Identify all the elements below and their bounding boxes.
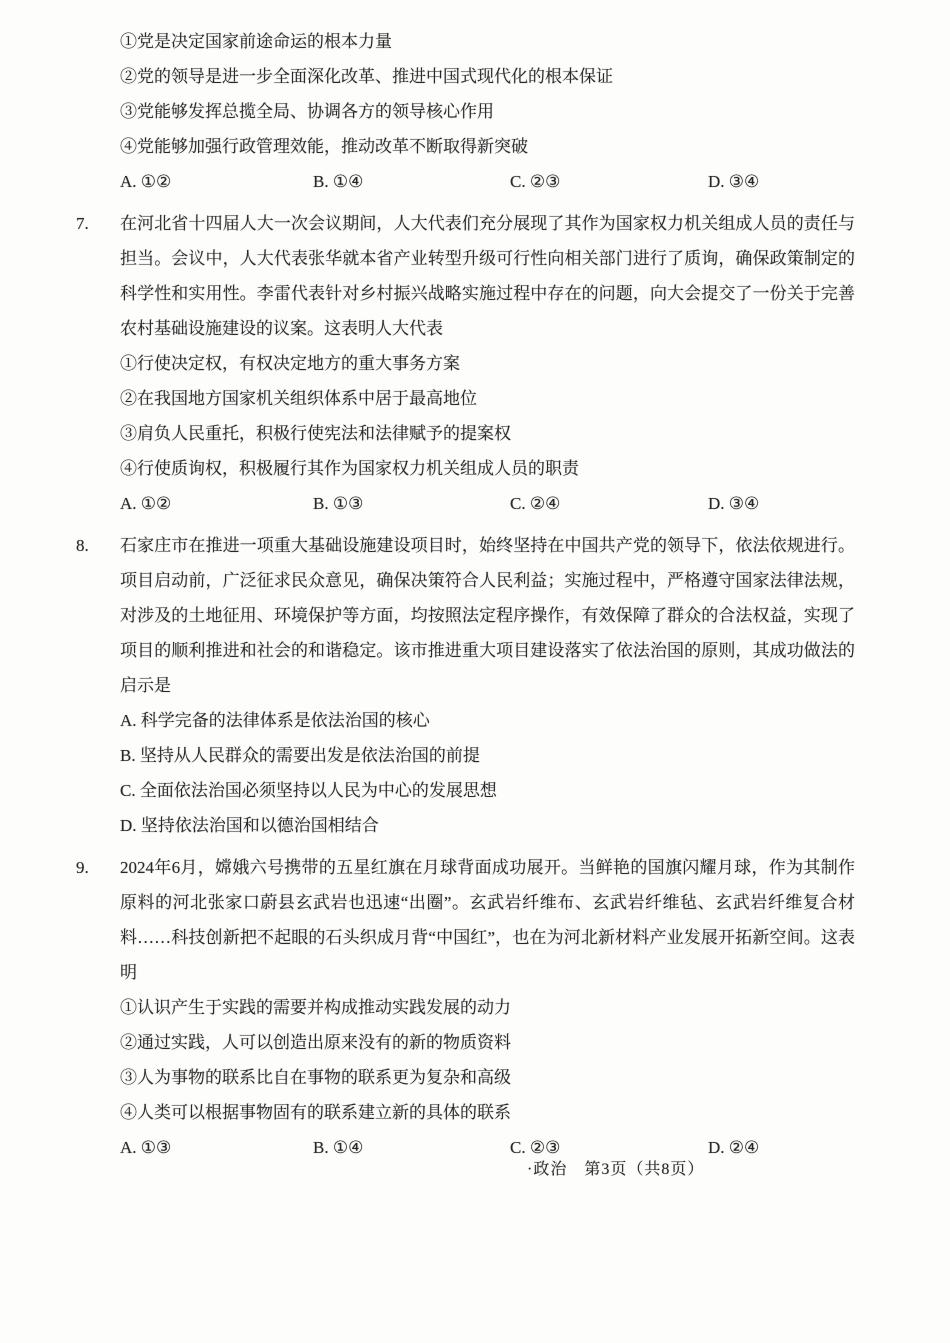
question-number: 7. <box>76 206 89 241</box>
choice-d: D. ③④ <box>708 164 855 199</box>
numbered-statement-1: ①行使决定权，有权决定地方的重大事务方案 <box>120 346 855 381</box>
choice-d: D. ③④ <box>708 486 855 521</box>
numbered-statement-3: ③肩负人民重托，积极行使宪法和法律赋予的提案权 <box>120 416 855 451</box>
question-8: 8. 石家庄市在推进一项重大基础设施建设项目时，始终坚持在中国共产党的领导下，依… <box>76 528 855 843</box>
numbered-statement-3: ③党能够发挥总揽全局、协调各方的领导核心作用 <box>120 94 855 129</box>
lettered-option-d: D. 坚持依法治国和以德治国相结合 <box>120 808 855 843</box>
question-number: 9. <box>76 850 89 885</box>
numbered-statement-3: ③人为事物的联系比自在事物的联系更为复杂和高级 <box>120 1060 855 1095</box>
lettered-option-a: A. 科学完备的法律体系是依法治国的核心 <box>120 703 855 738</box>
choice-a: A. ①③ <box>120 1130 313 1165</box>
answer-choice-row: A. ①② B. ①③ C. ②④ D. ③④ <box>120 486 855 521</box>
choice-b: B. ①④ <box>313 164 510 199</box>
choice-a: A. ①② <box>120 164 313 199</box>
choice-d: D. ②④ <box>708 1130 855 1165</box>
choice-c: C. ②④ <box>510 486 708 521</box>
choice-a: A. ①② <box>120 486 313 521</box>
choice-c: C. ②③ <box>510 164 708 199</box>
numbered-statement-1: ①认识产生于实践的需要并构成推动实践发展的动力 <box>120 990 855 1025</box>
question-7: 7. 在河北省十四届人大一次会议期间，人大代表们充分展现了其作为国家权力机关组成… <box>76 206 855 521</box>
lettered-option-b: B. 坚持从人民群众的需要出发是依法治国的前提 <box>120 738 855 773</box>
numbered-statement-4: ④党能够加强行政管理效能，推动改革不断取得新突破 <box>120 129 855 164</box>
numbered-statement-1: ①党是决定国家前途命运的根本力量 <box>120 24 855 59</box>
question-stem: 2024年6月，嫦娥六号携带的五星红旗在月球背面成功展开。当鲜艳的国旗闪耀月球，… <box>120 850 855 990</box>
question-number: 8. <box>76 528 89 563</box>
choice-b: B. ①③ <box>313 486 510 521</box>
question-stem: 石家庄市在推进一项重大基础设施建设项目时，始终坚持在中国共产党的领导下，依法依规… <box>120 528 855 703</box>
answer-choice-row: A. ①③ B. ①④ C. ②③ D. ②④ <box>120 1130 855 1165</box>
numbered-statement-4: ④人类可以根据事物固有的联系建立新的具体的联系 <box>120 1095 855 1130</box>
answer-choice-row: A. ①② B. ①④ C. ②③ D. ③④ <box>120 164 855 199</box>
numbered-statement-4: ④行使质询权，积极履行其作为国家权力机关组成人员的职责 <box>120 451 855 486</box>
choice-b: B. ①④ <box>313 1130 510 1165</box>
lettered-option-c: C. 全面依法治国必须坚持以人民为中心的发展思想 <box>120 773 855 808</box>
numbered-statement-2: ②在我国地方国家机关组织体系中居于最高地位 <box>120 381 855 416</box>
question-6-continuation: ①党是决定国家前途命运的根本力量 ②党的领导是进一步全面深化改革、推进中国式现代… <box>76 24 855 199</box>
exam-page: ①党是决定国家前途命运的根本力量 ②党的领导是进一步全面深化改革、推进中国式现代… <box>0 0 950 1343</box>
question-stem: 在河北省十四届人大一次会议期间，人大代表们充分展现了其作为国家权力机关组成人员的… <box>120 206 855 346</box>
question-9: 9. 2024年6月，嫦娥六号携带的五星红旗在月球背面成功展开。当鲜艳的国旗闪耀… <box>76 850 855 1165</box>
numbered-statement-2: ②通过实践，人可以创造出原来没有的新的物质资料 <box>120 1025 855 1060</box>
page-footer: ·政治 第3页（共8页） <box>527 1158 704 1182</box>
numbered-statement-2: ②党的领导是进一步全面深化改革、推进中国式现代化的根本保证 <box>120 59 855 94</box>
